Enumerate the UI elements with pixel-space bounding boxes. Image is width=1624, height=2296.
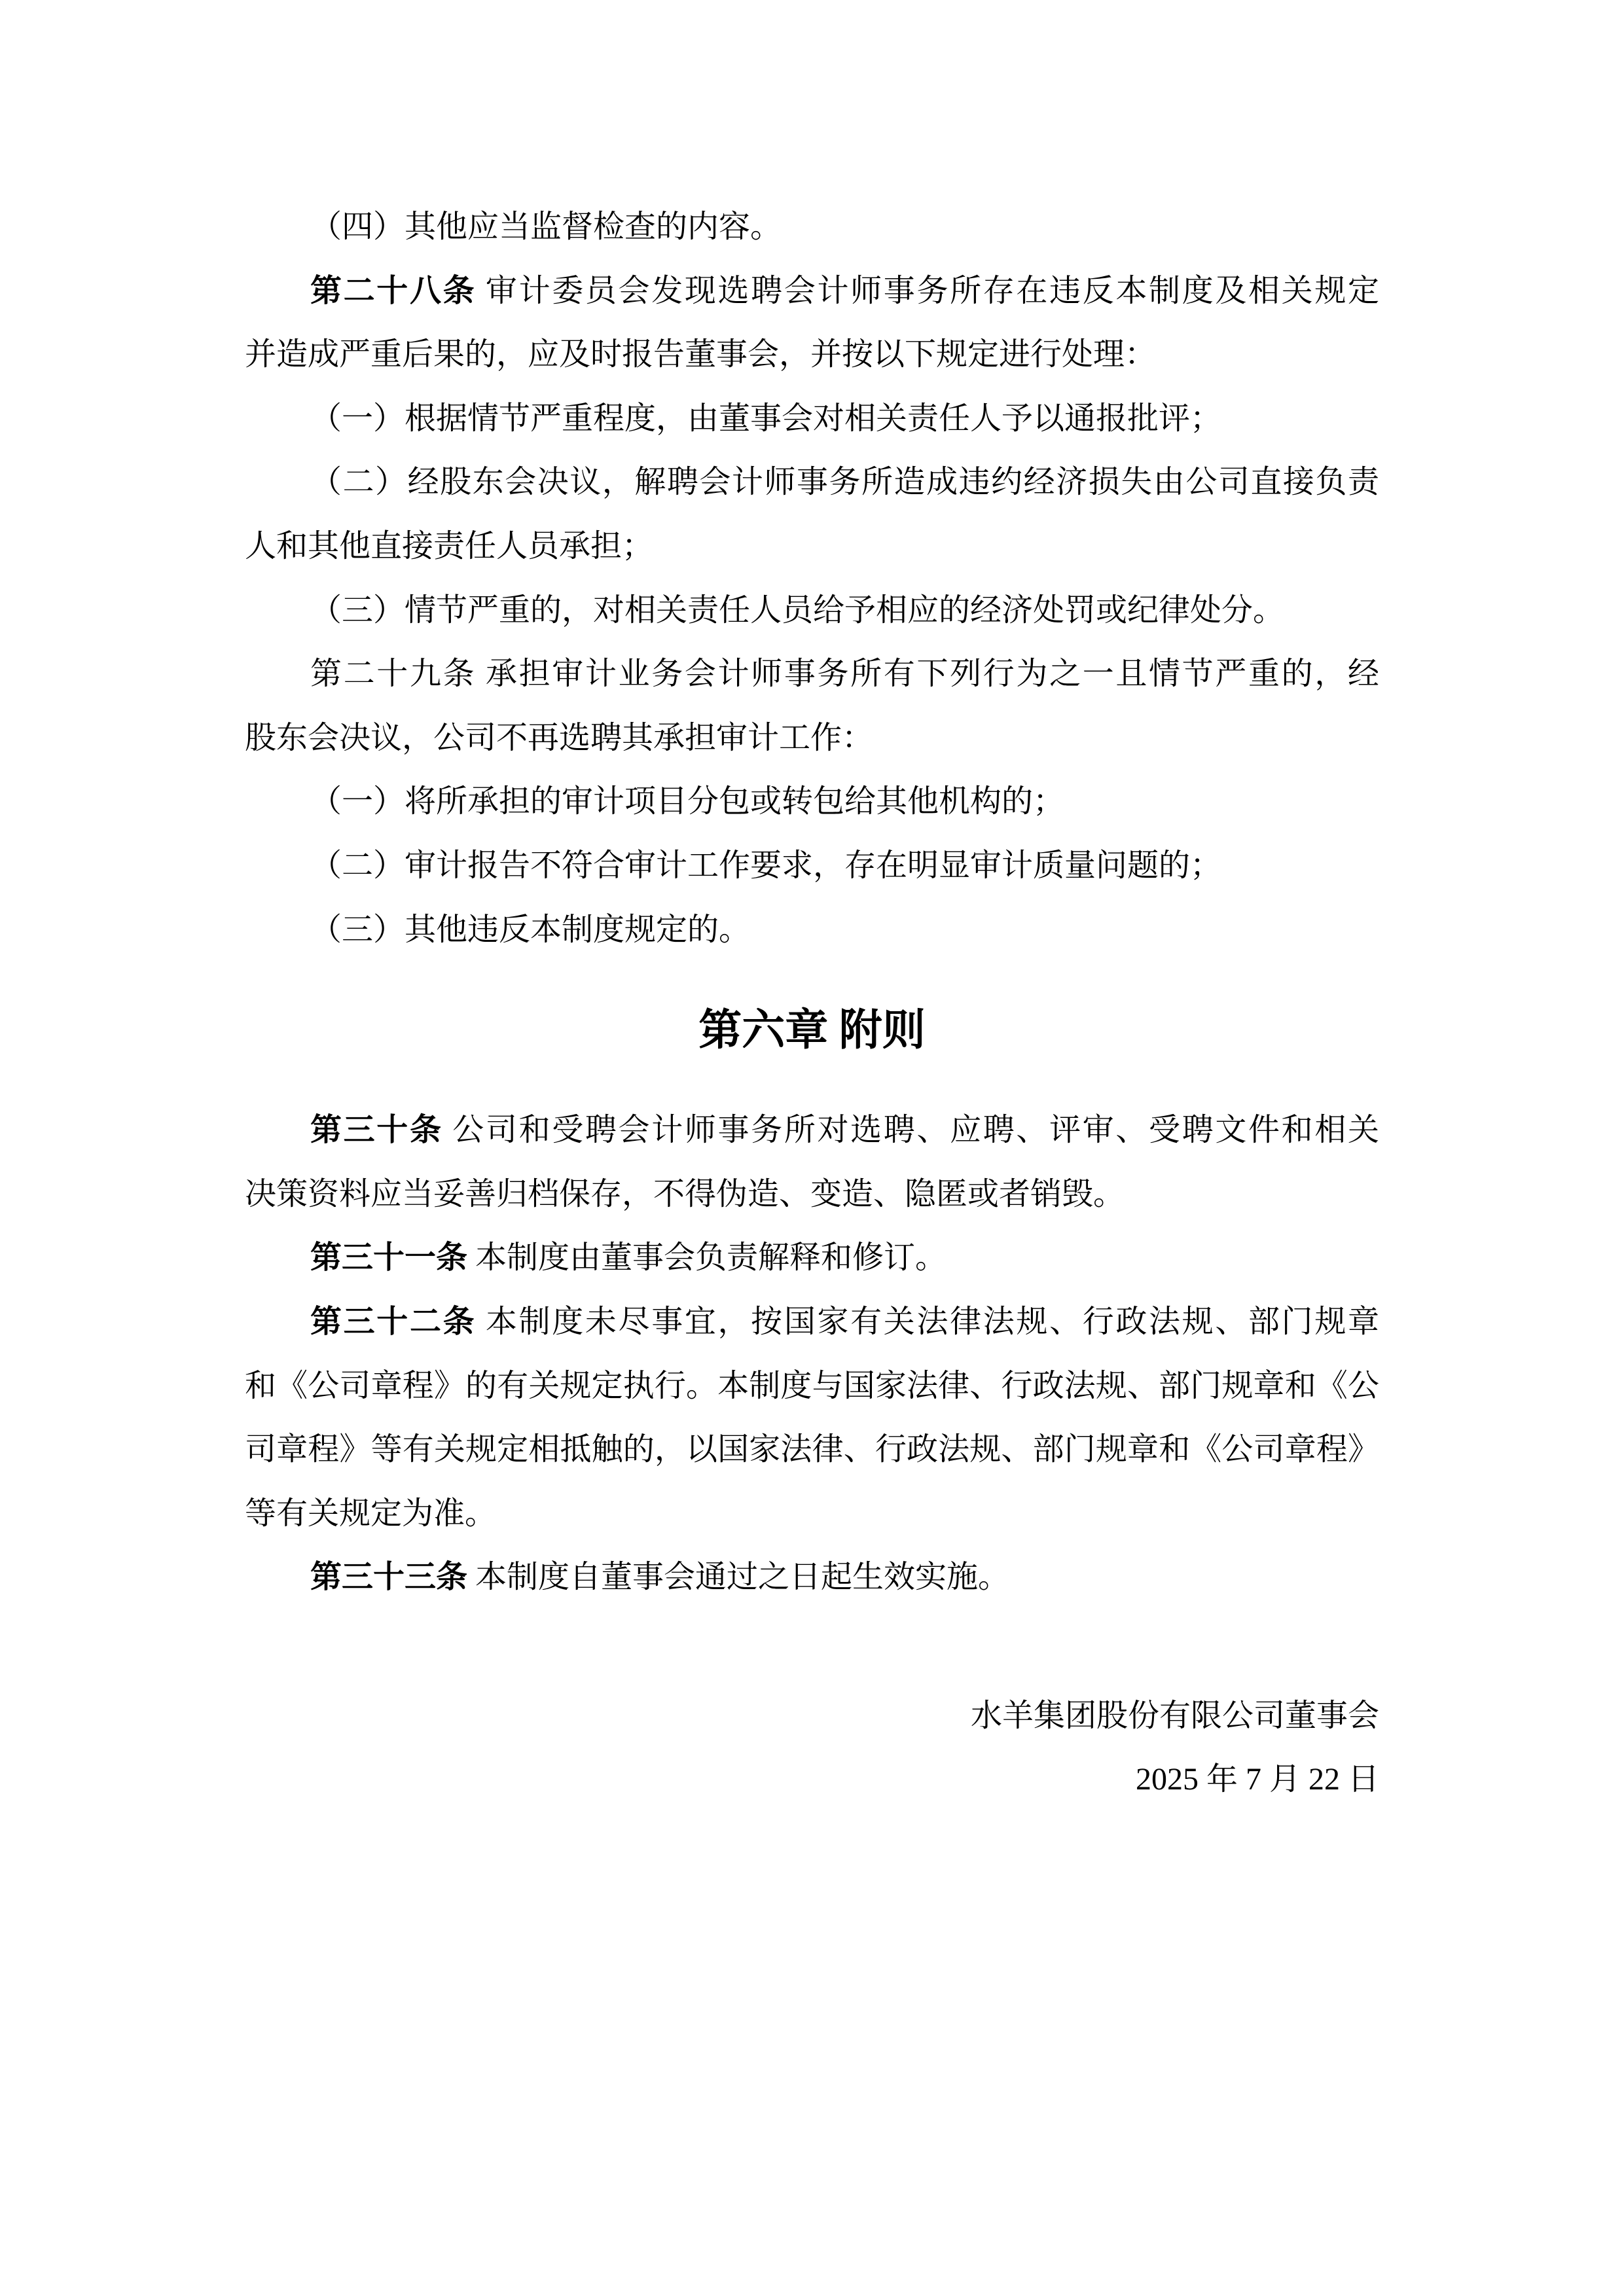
article-number: 第三十三条 (310, 1560, 467, 1594)
line-text: 并造成严重后果的，应及时报告董事会，并按以下规定进行处理： (245, 337, 1156, 372)
section-article-28-29: （四）其他应当监督检查的内容。 第二十八条 审计委员会发现选聘会计师事务所存在违… (245, 195, 1379, 961)
article-number: 第二十八条 (310, 274, 476, 308)
line-text: （四）其他应当监督检查的内容。 (310, 209, 782, 244)
line-text: 本制度未尽事宜，按国家有关法律法规、行政法规、部门规章 (476, 1304, 1379, 1339)
line-text: 和《公司章程》的有关规定执行。本制度与国家法律、行政法规、部门规章和《公 (245, 1369, 1379, 1403)
paragraph-line: （一）根据情节严重程度，由董事会对相关责任人予以通报批评； (245, 387, 1379, 451)
paragraph-line: 等有关规定为准。 (245, 1482, 1379, 1546)
line-text: 本制度由董事会负责解释和修订。 (467, 1240, 947, 1275)
signature-block: 水羊集团股份有限公司董事会 2025 年 7 月 22 日 (245, 1684, 1379, 1812)
paragraph-line: （三）情节严重的，对相关责任人员给予相应的经济处罚或纪律处分。 (245, 579, 1379, 643)
paragraph-line: （二）审计报告不符合审计工作要求，存在明显审计质量问题的； (245, 834, 1379, 898)
line-text: 股东会决议，公司不再选聘其承担审计工作： (245, 721, 873, 755)
line-text: （二）审计报告不符合审计工作要求，存在明显审计质量问题的； (310, 848, 1221, 883)
line-text: （二）经股东会决议，解聘会计师事务所造成违约经济损失由公司直接负责 (310, 465, 1379, 499)
document-page: （四）其他应当监督检查的内容。 第二十八条 审计委员会发现选聘会计师事务所存在违… (0, 0, 1624, 2296)
paragraph-line: 人和其他直接责任人员承担； (245, 514, 1379, 579)
chapter-heading: 第六章 附则 (245, 994, 1379, 1067)
line-text: 人和其他直接责任人员承担； (245, 529, 653, 564)
line-text: 公司和受聘会计师事务所对选聘、应聘、评审、受聘文件和相关 (443, 1113, 1379, 1147)
paragraph-line: 第三十三条 本制度自董事会通过之日起生效实施。 (245, 1545, 1379, 1609)
article-number: 第三十条 (310, 1113, 443, 1147)
line-text: （三）其他违反本制度规定的。 (310, 912, 750, 947)
paragraph-line: 决策资料应当妥善归档保存，不得伪造、变造、隐匿或者销毁。 (245, 1162, 1379, 1227)
line-text: （三）情节严重的，对相关责任人员给予相应的经济处罚或纪律处分。 (310, 593, 1284, 628)
paragraph-line: 并造成严重后果的，应及时报告董事会，并按以下规定进行处理： (245, 323, 1379, 387)
paragraph-line: 第三十二条 本制度未尽事宜，按国家有关法律法规、行政法规、部门规章 (245, 1290, 1379, 1354)
line-text: （一）将所承担的审计项目分包或转包给其他机构的； (310, 784, 1064, 819)
paragraph-line: （四）其他应当监督检查的内容。 (245, 195, 1379, 259)
paragraph-line: 第三十条 公司和受聘会计师事务所对选聘、应聘、评审、受聘文件和相关 (245, 1098, 1379, 1162)
article-number: 第三十一条 (310, 1240, 467, 1275)
line-text: 审计委员会发现选聘会计师事务所存在违反本制度及相关规定 (476, 274, 1379, 308)
article-number: 第三十二条 (310, 1304, 476, 1339)
document-content: （四）其他应当监督检查的内容。 第二十八条 审计委员会发现选聘会计师事务所存在违… (245, 195, 1379, 1812)
paragraph-line: 司章程》等有关规定相抵触的，以国家法律、行政法规、部门规章和《公司章程》 (245, 1418, 1379, 1482)
paragraph-line: 和《公司章程》的有关规定执行。本制度与国家法律、行政法规、部门规章和《公 (245, 1354, 1379, 1418)
line-text: 本制度自董事会通过之日起生效实施。 (467, 1560, 1009, 1594)
paragraph-line: 第二十九条 承担审计业务会计师事务所有下列行为之一且情节严重的，经 (245, 642, 1379, 706)
line-text: 决策资料应当妥善归档保存，不得伪造、变造、隐匿或者销毁。 (245, 1177, 1125, 1211)
line-text: 司章程》等有关规定相抵触的，以国家法律、行政法规、部门规章和《公司章程》 (245, 1432, 1379, 1467)
section-article-30-33: 第三十条 公司和受聘会计师事务所对选聘、应聘、评审、受聘文件和相关 决策资料应当… (245, 1098, 1379, 1609)
signature-date: 2025 年 7 月 22 日 (245, 1748, 1379, 1812)
paragraph-line: （二）经股东会决议，解聘会计师事务所造成违约经济损失由公司直接负责 (245, 450, 1379, 514)
signature-company: 水羊集团股份有限公司董事会 (245, 1684, 1379, 1748)
paragraph-line: 第三十一条 本制度由董事会负责解释和修订。 (245, 1226, 1379, 1290)
paragraph-line: （一）将所承担的审计项目分包或转包给其他机构的； (245, 770, 1379, 834)
line-text: （一）根据情节严重程度，由董事会对相关责任人予以通报批评； (310, 401, 1221, 436)
paragraph-line: （三）其他违反本制度规定的。 (245, 898, 1379, 962)
line-text: 第二十九条 承担审计业务会计师事务所有下列行为之一且情节严重的，经 (310, 656, 1379, 691)
paragraph-line: 股东会决议，公司不再选聘其承担审计工作： (245, 706, 1379, 770)
line-text: 等有关规定为准。 (245, 1496, 496, 1531)
paragraph-line: 第二十八条 审计委员会发现选聘会计师事务所存在违反本制度及相关规定 (245, 259, 1379, 323)
